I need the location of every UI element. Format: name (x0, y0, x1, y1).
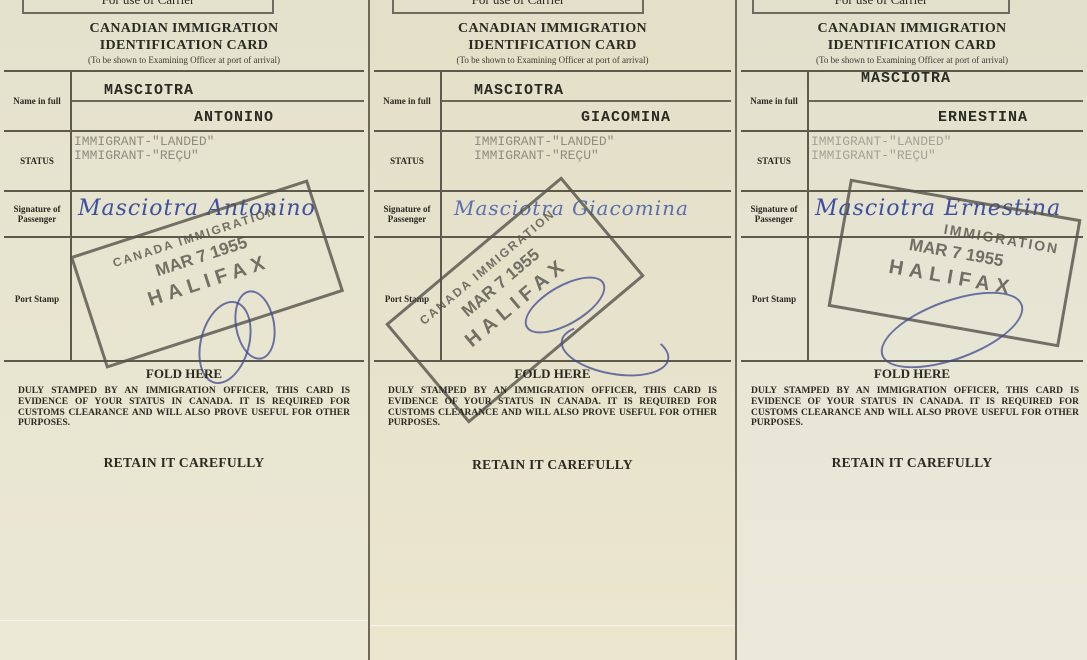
fold-here-label: FOLD HERE (0, 366, 368, 382)
given-name-value: ANTONINO (194, 109, 274, 126)
retain-label: RETAIN IT CAREFULLY (370, 457, 735, 473)
signature-label: Signature of Passenger (4, 192, 72, 236)
surname-value: MASCIOTRA (861, 70, 951, 87)
status-line-recu: IMMIGRANT-"REÇU" (474, 149, 614, 163)
fold-here-label: FOLD HERE (737, 366, 1087, 382)
status-line-recu: IMMIGRANT-"REÇU" (74, 149, 214, 163)
name-divider (442, 100, 731, 102)
card-title: CANADIAN IMMIGRATION IDENTIFICATION CARD (737, 20, 1087, 54)
surname-value: MASCIOTRA (474, 82, 564, 99)
title-line1: CANADIAN IMMIGRATION (737, 20, 1087, 37)
given-name-value: ERNESTINA (938, 109, 1028, 126)
status-line-landed: IMMIGRANT-"LANDED" (474, 135, 614, 149)
card-subtitle: (To be shown to Examining Officer at por… (0, 55, 368, 65)
name-row: Name in full MASCIOTRA ANTONINO (4, 70, 364, 130)
card-title: CANADIAN IMMIGRATION IDENTIFICATION CARD (370, 20, 735, 54)
name-row: Name in full MASCIOTRA GIACOMINA (374, 70, 731, 130)
name-label: Name in full (4, 72, 72, 130)
notice-text: DULY STAMPED BY AN IMMIGRATION OFFICER, … (751, 386, 1079, 429)
status-value: IMMIGRANT-"LANDED" IMMIGRANT-"REÇU" (74, 135, 214, 163)
port-stamp-label: Port Stamp (4, 238, 72, 360)
status-label: STATUS (374, 132, 442, 190)
retain-label: RETAIN IT CAREFULLY (0, 455, 368, 471)
title-line2: IDENTIFICATION CARD (370, 37, 735, 54)
status-line-landed: IMMIGRANT-"LANDED" (811, 135, 951, 149)
carrier-label: For use of Carrier (102, 0, 195, 7)
carrier-box: For use of Carrier (752, 0, 1010, 14)
status-line-recu: IMMIGRANT-"REÇU" (811, 149, 951, 163)
name-label: Name in full (374, 72, 442, 130)
carrier-label: For use of Carrier (835, 0, 928, 7)
card-subtitle: (To be shown to Examining Officer at por… (370, 55, 735, 65)
name-divider (809, 100, 1083, 102)
port-stamp-label: Port Stamp (741, 238, 809, 360)
name-row: Name in full MASCIOTRA ERNESTINA (741, 70, 1083, 130)
name-divider (72, 100, 364, 102)
retain-label: RETAIN IT CAREFULLY (737, 455, 1087, 471)
carrier-box: For use of Carrier (22, 0, 274, 14)
id-card-antonino: For use of Carrier CANADIAN IMMIGRATION … (0, 0, 370, 660)
paper-crease (370, 625, 735, 626)
title-line1: CANADIAN IMMIGRATION (0, 20, 368, 37)
status-value: IMMIGRANT-"LANDED" IMMIGRANT-"REÇU" (811, 135, 951, 163)
surname-value: MASCIOTRA (104, 82, 194, 99)
notice-text: DULY STAMPED BY AN IMMIGRATION OFFICER, … (18, 386, 350, 429)
title-line2: IDENTIFICATION CARD (0, 37, 368, 54)
card-title: CANADIAN IMMIGRATION IDENTIFICATION CARD (0, 20, 368, 54)
signature-label: Signature of Passenger (374, 192, 442, 236)
status-value: IMMIGRANT-"LANDED" IMMIGRANT-"REÇU" (474, 135, 614, 163)
immigration-cards-sheet: For use of Carrier CANADIAN IMMIGRATION … (0, 0, 1087, 660)
notice-text: DULY STAMPED BY AN IMMIGRATION OFFICER, … (388, 386, 717, 429)
paper-crease (0, 620, 368, 621)
title-line2: IDENTIFICATION CARD (737, 37, 1087, 54)
id-card-ernestina: For use of Carrier CANADIAN IMMIGRATION … (737, 0, 1087, 660)
status-label: STATUS (741, 132, 809, 190)
id-card-giacomina: For use of Carrier CANADIAN IMMIGRATION … (370, 0, 737, 660)
carrier-label: For use of Carrier (472, 0, 565, 7)
status-row: STATUS IMMIGRANT-"LANDED" IMMIGRANT-"REÇ… (374, 130, 731, 190)
status-row: STATUS IMMIGRANT-"LANDED" IMMIGRANT-"REÇ… (741, 130, 1083, 190)
title-line1: CANADIAN IMMIGRATION (370, 20, 735, 37)
status-line-landed: IMMIGRANT-"LANDED" (74, 135, 214, 149)
status-row: STATUS IMMIGRANT-"LANDED" IMMIGRANT-"REÇ… (4, 130, 364, 190)
given-name-value: GIACOMINA (581, 109, 671, 126)
status-label: STATUS (4, 132, 72, 190)
name-label: Name in full (741, 72, 809, 130)
card-subtitle: (To be shown to Examining Officer at por… (737, 55, 1087, 65)
carrier-box: For use of Carrier (392, 0, 644, 14)
fold-here-label: FOLD HERE (370, 366, 735, 382)
signature-label: Signature of Passenger (741, 192, 809, 236)
